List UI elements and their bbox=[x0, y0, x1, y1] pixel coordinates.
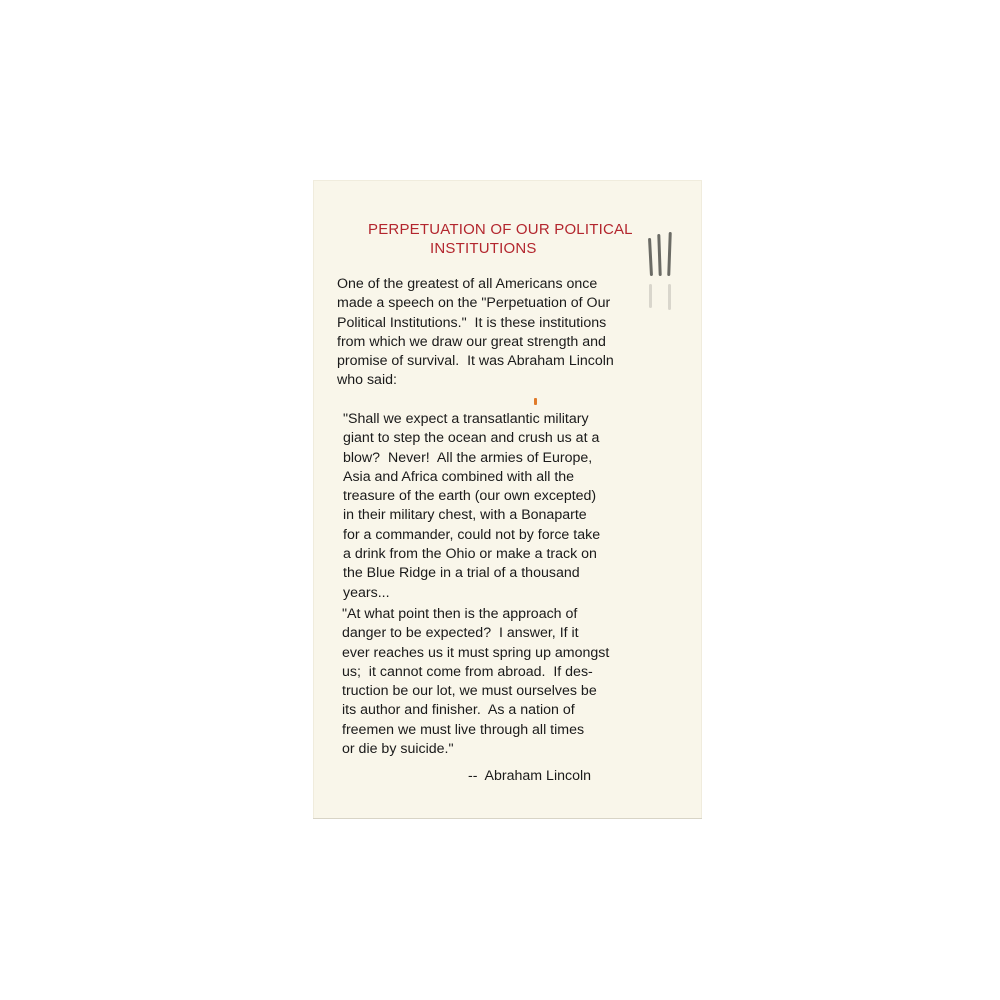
title-line-1: PERPETUATION OF OUR POLITICAL bbox=[368, 220, 633, 239]
quote-attribution: -- Abraham Lincoln bbox=[468, 767, 591, 786]
ink-speck bbox=[534, 398, 537, 405]
lincoln-quote-part-1: "Shall we expect a transatlantic militar… bbox=[343, 410, 600, 603]
postmark-lines-icon bbox=[647, 230, 677, 315]
lincoln-quote-part-2: "At what point then is the approach of d… bbox=[342, 605, 609, 759]
card-edge bbox=[313, 818, 702, 819]
intro-paragraph: One of the greatest of all Americans onc… bbox=[337, 275, 614, 391]
document-card: PERPETUATION OF OUR POLITICAL INSTITUTIO… bbox=[313, 180, 702, 819]
title-line-2: INSTITUTIONS bbox=[430, 239, 537, 258]
